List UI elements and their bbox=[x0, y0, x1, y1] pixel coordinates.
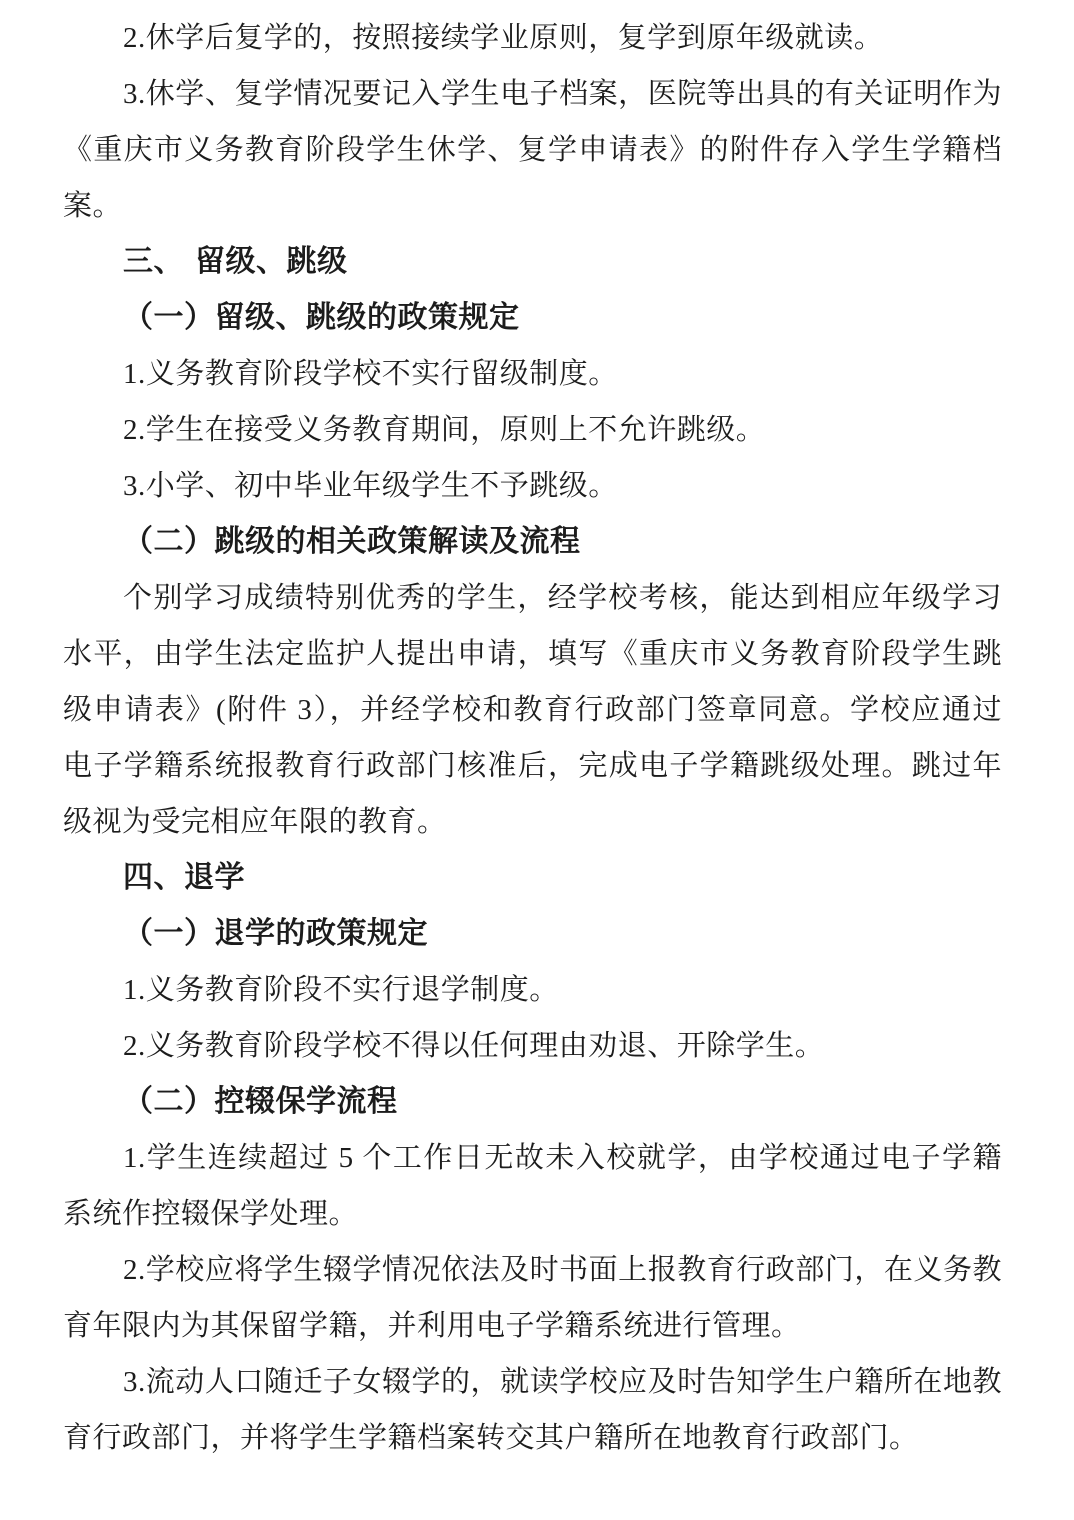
heading-line: （一）退学的政策规定 bbox=[63, 906, 1002, 962]
text-line: 1.义务教育阶段学校不实行留级制度。 bbox=[63, 346, 1002, 402]
text-line: 2.休学后复学的，按照接续学业原则，复学到原年级就读。 bbox=[63, 10, 1002, 66]
heading-block: （二）控辍保学流程 bbox=[63, 1074, 1002, 1130]
paragraph-block: 2.休学后复学的，按照接续学业原则，复学到原年级就读。 bbox=[63, 10, 1002, 66]
text-line: 2.学校应将学生辍学情况依法及时书面上报教育行政部门，在义务教 bbox=[63, 1242, 1002, 1298]
text-line: 级视为受完相应年限的教育。 bbox=[63, 794, 1002, 850]
paragraph-block: 1.学生连续超过 5 个工作日无故未入校就学，由学校通过电子学籍系统作控辍保学处… bbox=[63, 1130, 1002, 1242]
text-line: 育年限内为其保留学籍，并利用电子学籍系统进行管理。 bbox=[63, 1298, 1002, 1354]
text-line: 1.义务教育阶段不实行退学制度。 bbox=[63, 962, 1002, 1018]
paragraph-block: 1.义务教育阶段不实行退学制度。 bbox=[63, 962, 1002, 1018]
text-line: 3.小学、初中毕业年级学生不予跳级。 bbox=[63, 458, 1002, 514]
text-line: 育行政部门，并将学生学籍档案转交其户籍所在地教育行政部门。 bbox=[63, 1410, 1002, 1466]
heading-block: （一）退学的政策规定 bbox=[63, 906, 1002, 962]
text-line: 水平，由学生法定监护人提出申请，填写《重庆市义务教育阶段学生跳 bbox=[63, 626, 1002, 682]
heading-line: 三、 留级、跳级 bbox=[63, 234, 1002, 290]
heading-line: （一）留级、跳级的政策规定 bbox=[63, 290, 1002, 346]
paragraph-block: 3.流动人口随迁子女辍学的，就读学校应及时告知学生户籍所在地教育行政部门，并将学… bbox=[63, 1354, 1002, 1466]
heading-line: （二）控辍保学流程 bbox=[63, 1074, 1002, 1130]
paragraph-block: 3.休学、复学情况要记入学生电子档案，医院等出具的有关证明作为《重庆市义务教育阶… bbox=[63, 66, 1002, 234]
text-line: 级申请表》(附件 3），并经学校和教育行政部门签章同意。学校应通过 bbox=[63, 682, 1002, 738]
paragraph-block: 1.义务教育阶段学校不实行留级制度。 bbox=[63, 346, 1002, 402]
text-line: 系统作控辍保学处理。 bbox=[63, 1186, 1002, 1242]
heading-line: （二）跳级的相关政策解读及流程 bbox=[63, 514, 1002, 570]
heading-block: （二）跳级的相关政策解读及流程 bbox=[63, 514, 1002, 570]
paragraph-block: 2.义务教育阶段学校不得以任何理由劝退、开除学生。 bbox=[63, 1018, 1002, 1074]
text-line: 3.休学、复学情况要记入学生电子档案，医院等出具的有关证明作为 bbox=[63, 66, 1002, 122]
paragraph-block: 3.小学、初中毕业年级学生不予跳级。 bbox=[63, 458, 1002, 514]
heading-block: （一）留级、跳级的政策规定 bbox=[63, 290, 1002, 346]
document-page: 2.休学后复学的，按照接续学业原则，复学到原年级就读。3.休学、复学情况要记入学… bbox=[0, 0, 1074, 1520]
text-line: 个别学习成绩特别优秀的学生，经学校考核，能达到相应年级学习 bbox=[63, 570, 1002, 626]
text-line: 《重庆市义务教育阶段学生休学、复学申请表》的附件存入学生学籍档 bbox=[63, 122, 1002, 178]
paragraph-block: 2.学生在接受义务教育期间，原则上不允许跳级。 bbox=[63, 402, 1002, 458]
text-line: 1.学生连续超过 5 个工作日无故未入校就学，由学校通过电子学籍 bbox=[63, 1130, 1002, 1186]
text-line: 2.学生在接受义务教育期间，原则上不允许跳级。 bbox=[63, 402, 1002, 458]
text-line: 案。 bbox=[63, 178, 1002, 234]
heading-block: 四、退学 bbox=[63, 850, 1002, 906]
document-body: 2.休学后复学的，按照接续学业原则，复学到原年级就读。3.休学、复学情况要记入学… bbox=[63, 10, 1002, 1466]
heading-block: 三、 留级、跳级 bbox=[63, 234, 1002, 290]
text-line: 电子学籍系统报教育行政部门核准后，完成电子学籍跳级处理。跳过年 bbox=[63, 738, 1002, 794]
paragraph-block: 2.学校应将学生辍学情况依法及时书面上报教育行政部门，在义务教育年限内为其保留学… bbox=[63, 1242, 1002, 1354]
text-line: 2.义务教育阶段学校不得以任何理由劝退、开除学生。 bbox=[63, 1018, 1002, 1074]
heading-line: 四、退学 bbox=[63, 850, 1002, 906]
text-line: 3.流动人口随迁子女辍学的，就读学校应及时告知学生户籍所在地教 bbox=[63, 1354, 1002, 1410]
paragraph-block: 个别学习成绩特别优秀的学生，经学校考核，能达到相应年级学习水平，由学生法定监护人… bbox=[63, 570, 1002, 850]
